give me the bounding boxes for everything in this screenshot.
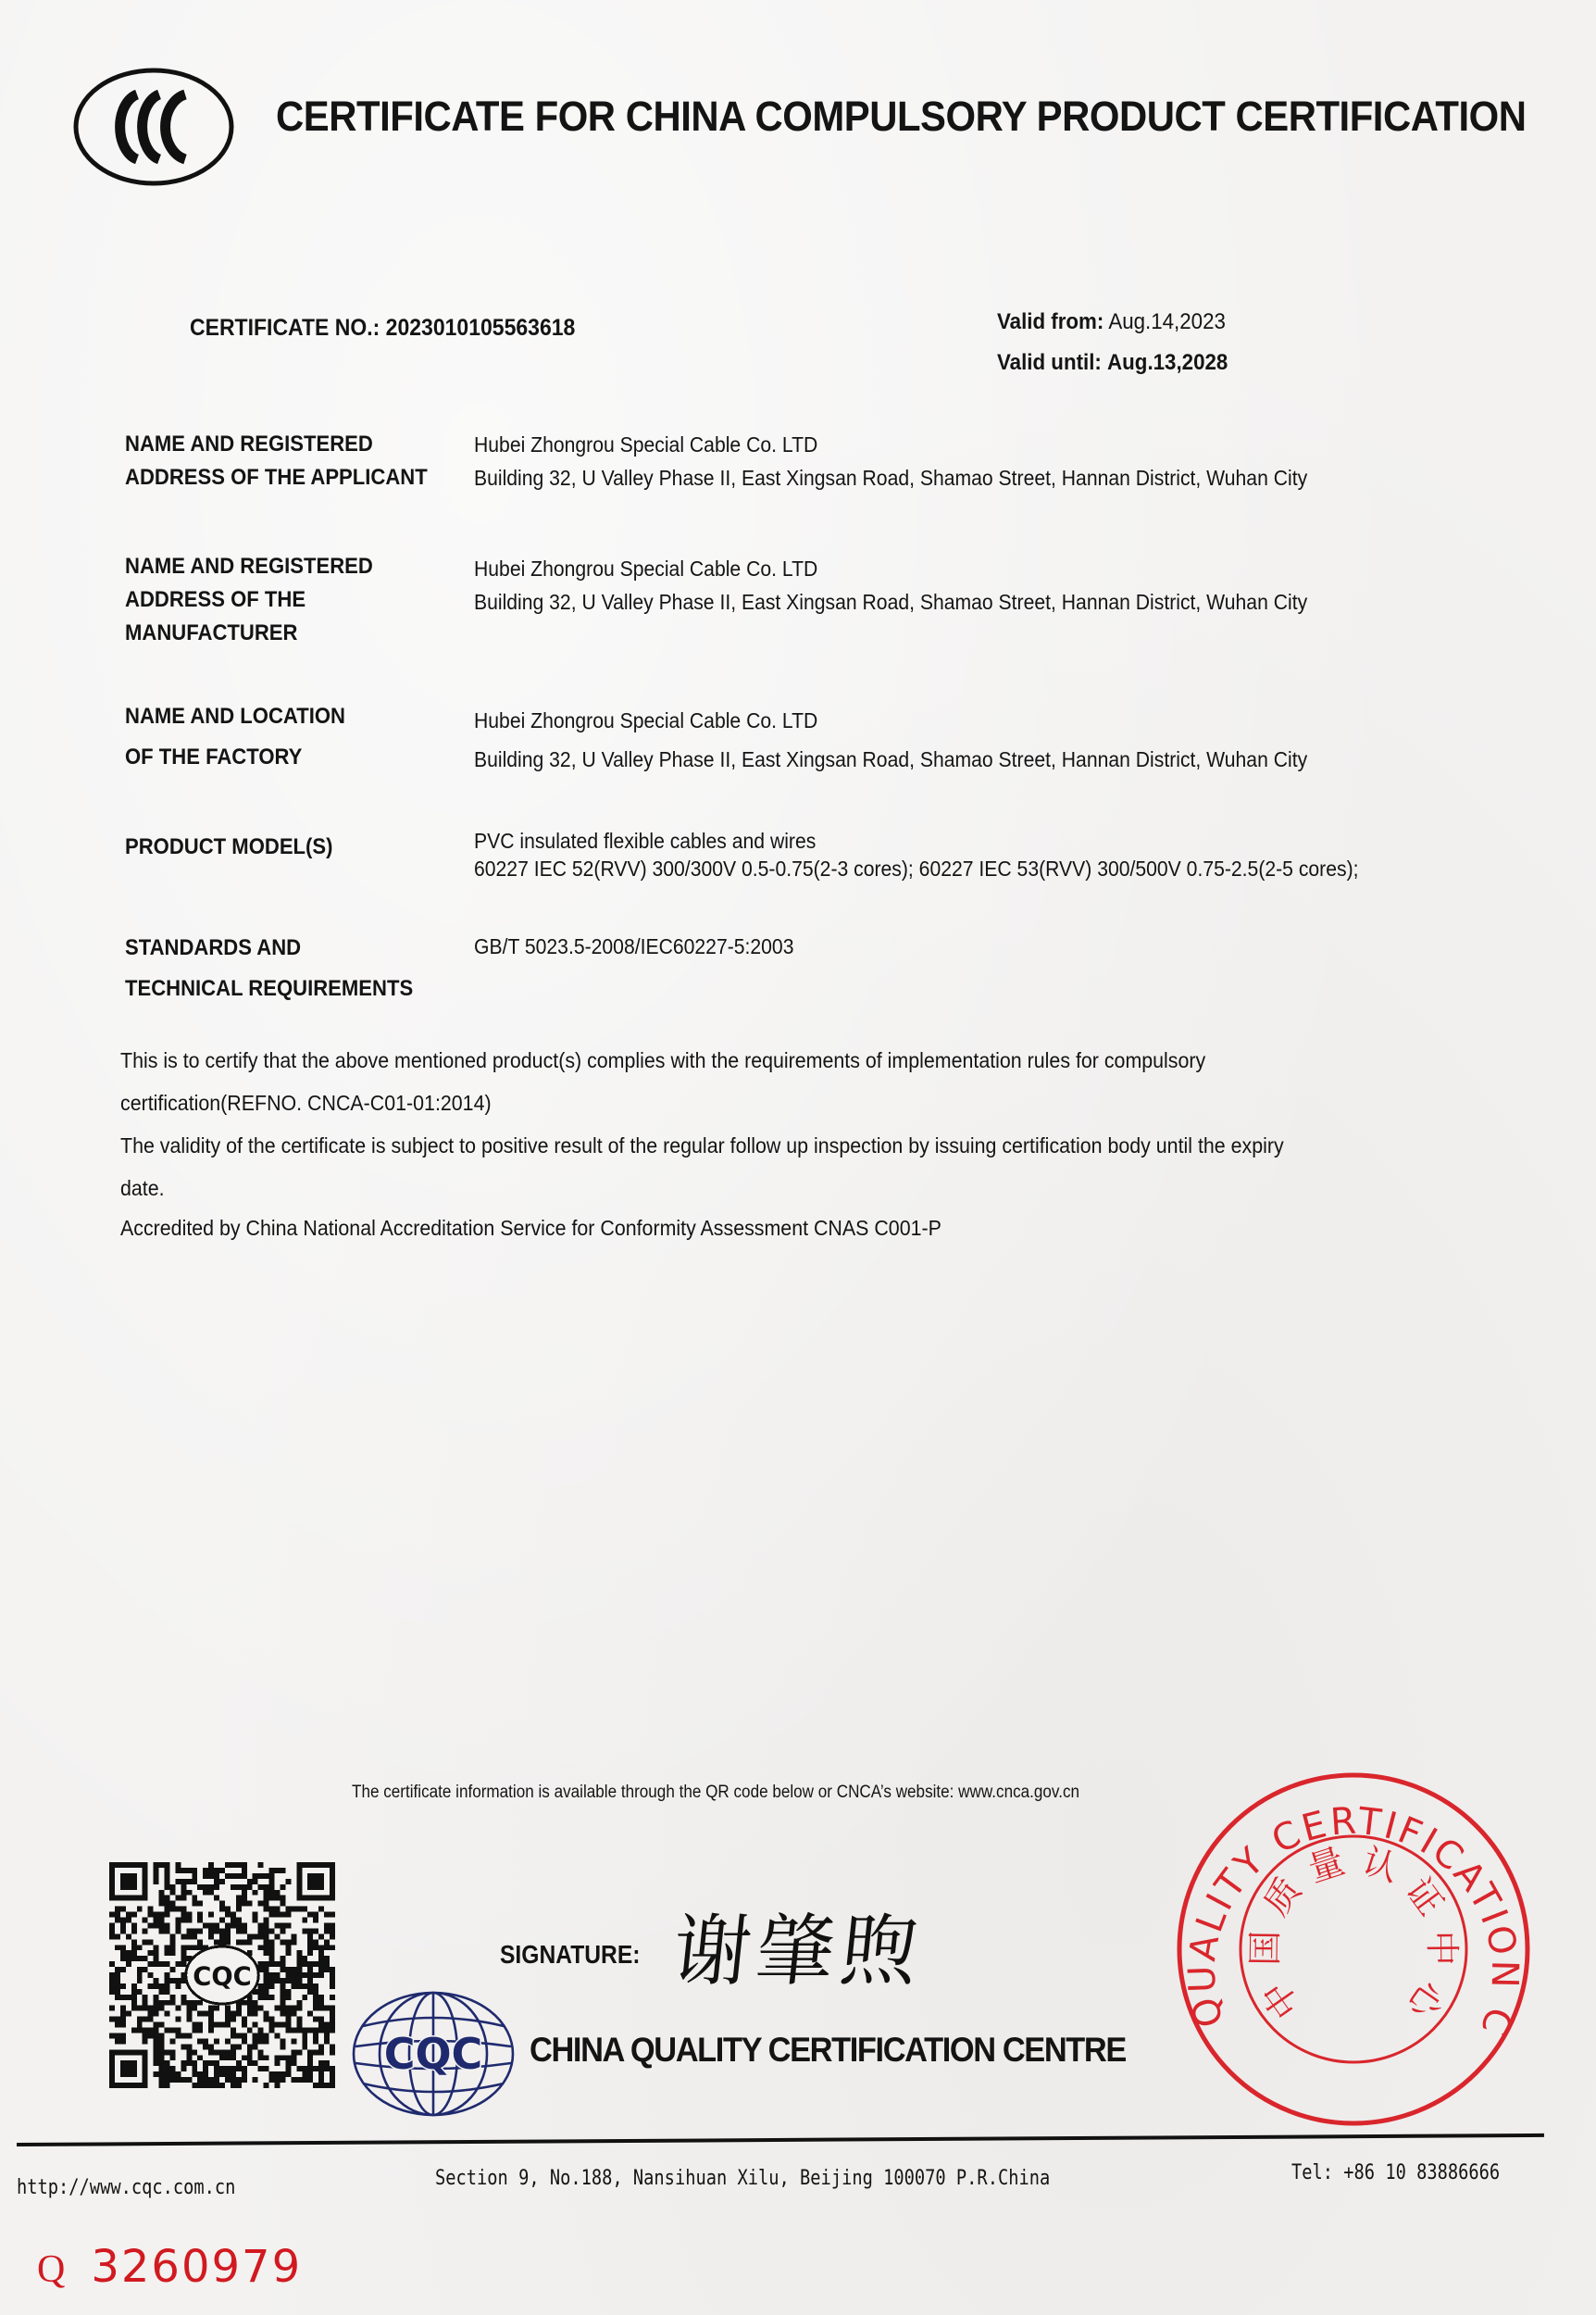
factory-address: Building 32, U Valley Phase II, East Xin… <box>474 740 1307 779</box>
svg-text:心: 心 <box>1398 1974 1453 2028</box>
certify-statement: This is to certify that the above mentio… <box>120 1039 1464 1082</box>
cqc-logo-text: CQC <box>384 2029 483 2079</box>
applicant-name: Hubei Zhongrou Special Cable Co. LTD <box>474 428 1307 461</box>
standards-label: STANDARDS AND TECHNICAL REQUIREMENTS <box>125 928 413 1009</box>
valid-until: Valid until: Aug.13,2028 <box>997 350 1228 376</box>
svg-text:CQC: CQC <box>193 1963 251 1992</box>
applicant-address: Building 32, U Valley Phase II, East Xin… <box>474 461 1307 494</box>
applicant-label: NAME AND REGISTERED ADDRESS OF THE APPLI… <box>125 428 428 494</box>
manufacturer-label: NAME AND REGISTERED ADDRESS OF THE MANUF… <box>125 550 373 650</box>
footer-tel: Tel: +86 10 83886666 <box>1291 2161 1500 2184</box>
manufacturer-label-line: MANUFACTURER <box>125 617 373 650</box>
factory-name: Hubei Zhongrou Special Cable Co. LTD <box>474 701 1307 740</box>
manufacturer-address: Building 32, U Valley Phase II, East Xin… <box>474 585 1307 619</box>
qr-code[interactable]: CQC <box>109 1859 335 2091</box>
certificate-number-value: 2023010105563618 <box>386 315 576 341</box>
ccc-mark-icon <box>72 67 235 187</box>
valid-until-value: Aug.13,2028 <box>1107 350 1228 375</box>
serial-prefix: Q <box>37 2248 65 2291</box>
footer-address: Section 9, No.188, Nansihuan Xilu, Beiji… <box>435 2167 1050 2190</box>
footer-divider <box>17 2134 1544 2146</box>
signature-label: SIGNATURE: <box>500 1940 640 1970</box>
certify-statement-cont: certification(REFNO. CNCA-C01-01:2014) <box>120 1082 1378 1124</box>
svg-text:中: 中 <box>1421 1931 1462 1967</box>
applicant-value: Hubei Zhongrou Special Cable Co. LTD Bui… <box>474 428 1307 494</box>
valid-from: Valid from: Aug.14,2023 <box>997 309 1226 335</box>
svg-text:CHINA QUALITY CERTIFICATION CE: CHINA QUALITY CERTIFICATION CENTRE <box>1168 1764 1526 2050</box>
handwritten-signature: 谢肇煦 <box>668 1889 930 2001</box>
accreditation-statement: Accredited by China National Accreditati… <box>120 1209 1378 1246</box>
standards-value: GB/T 5023.5-2008/IEC60227-5:2003 <box>474 930 793 963</box>
factory-label-line: NAME AND LOCATION <box>125 696 345 737</box>
applicant-label-line: ADDRESS OF THE APPLICANT <box>125 461 428 494</box>
serial-number: Q3260979 <box>37 2241 302 2293</box>
cqc-globe-logo-icon: CQC <box>350 1989 517 2119</box>
manufacturer-label-line: ADDRESS OF THE <box>125 583 373 617</box>
factory-value: Hubei Zhongrou Special Cable Co. LTD Bui… <box>474 701 1307 779</box>
certificate-number: CERTIFICATE NO.: 2023010105563618 <box>190 315 575 342</box>
qr-note: The certificate information is available… <box>352 1783 1079 1803</box>
issuer-name: CHINA QUALITY CERTIFICATION CENTRE <box>530 2031 1126 2070</box>
manufacturer-name: Hubei Zhongrou Special Cable Co. LTD <box>474 552 1307 585</box>
product-line: PVC insulated flexible cables and wires <box>474 827 1359 855</box>
product-label: PRODUCT MODEL(S) <box>125 831 332 864</box>
factory-label-line: OF THE FACTORY <box>125 737 345 778</box>
valid-until-label: Valid until: <box>997 350 1102 375</box>
certificate-number-label: CERTIFICATE NO.: <box>190 315 380 341</box>
validity-statement-cont: date. <box>120 1167 1378 1209</box>
manufacturer-value: Hubei Zhongrou Special Cable Co. LTD Bui… <box>474 552 1307 619</box>
serial-value: 3260979 <box>91 2241 302 2293</box>
validity-statement: The validity of the certificate is subje… <box>120 1124 1464 1167</box>
certificate-title: CERTIFICATE FOR CHINA COMPULSORY PRODUCT… <box>276 93 1526 141</box>
footer-website[interactable]: http://www.cqc.com.cn <box>17 2176 235 2199</box>
manufacturer-label-line: NAME AND REGISTERED <box>125 550 373 583</box>
statements: This is to certify that the above mentio… <box>120 1039 1378 1246</box>
factory-label: NAME AND LOCATION OF THE FACTORY <box>125 696 345 778</box>
product-value: PVC insulated flexible cables and wires … <box>474 827 1359 882</box>
valid-from-value: Aug.14,2023 <box>1108 309 1226 334</box>
standards-label-line: TECHNICAL REQUIREMENTS <box>125 969 413 1009</box>
valid-from-label: Valid from: <box>997 309 1103 334</box>
official-seal-stamp: CHINA QUALITY CERTIFICATION CENTRE 中国质量认… <box>1168 1764 1539 2134</box>
svg-text:国: 国 <box>1244 1931 1285 1967</box>
applicant-label-line: NAME AND REGISTERED <box>125 428 428 461</box>
stamp-outer-text: CHINA QUALITY CERTIFICATION CENTRE <box>1168 1764 1526 2050</box>
standards-label-line: STANDARDS AND <box>125 928 413 969</box>
product-line: 60227 IEC 52(RVV) 300/300V 0.5-0.75(2-3 … <box>474 855 1359 882</box>
